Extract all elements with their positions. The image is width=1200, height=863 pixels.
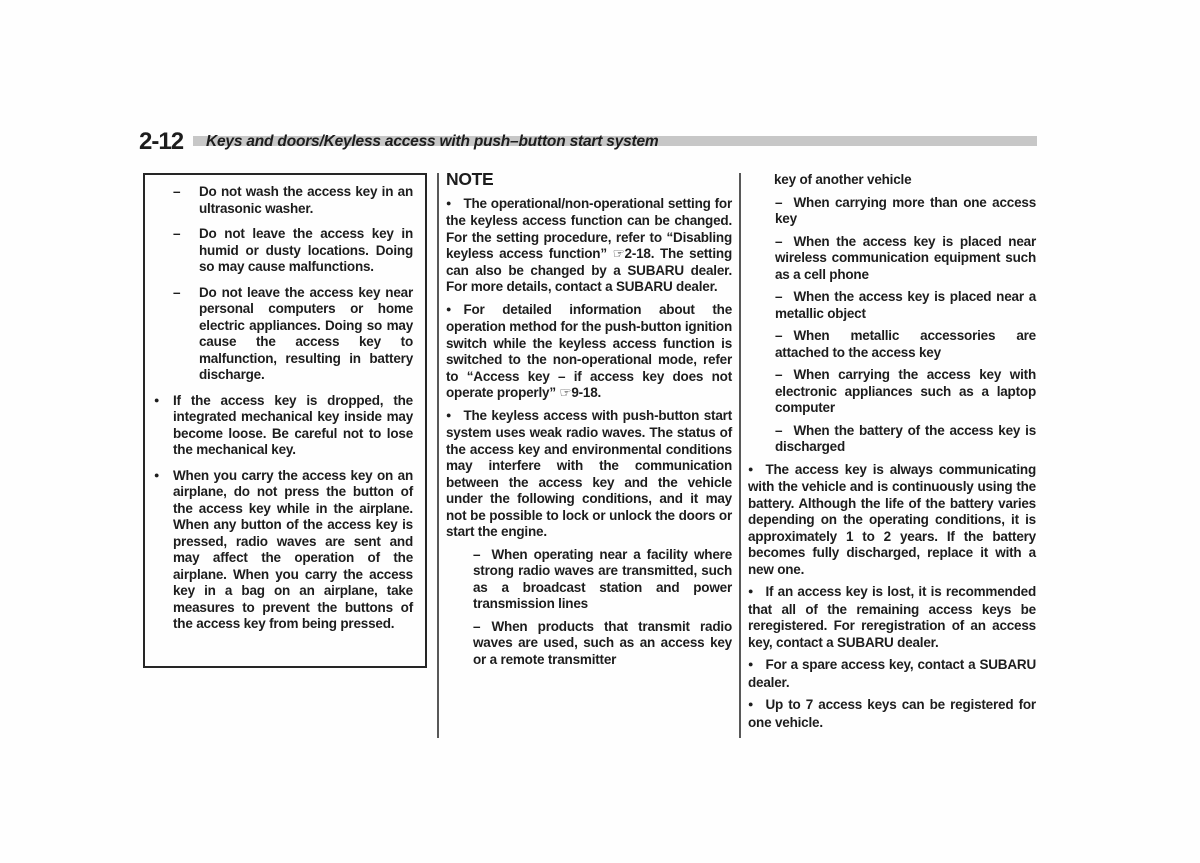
note-bullet-text: The keyless access with push-button star… [446,408,732,540]
note-column: NOTE ●The operational/non-operational se… [446,171,732,674]
condition-item: –When operating near a facility where st… [473,547,732,613]
note-bullet: ●If an access key is lost, it is recomme… [748,584,1036,651]
dash-marker: – [775,328,783,343]
condition-text: When the battery of the access key is di… [775,423,1036,455]
bullet-marker: ● [748,656,753,673]
dash-marker: – [775,423,783,438]
bullet-marker: ● [446,195,451,212]
bullet-marker: ● [748,461,753,478]
column-divider [739,173,741,738]
condition-item: –When metallic accessories are attached … [775,328,1036,361]
dash-marker: – [775,195,783,210]
note-bullet-text: The access key is always communicating w… [748,462,1036,577]
page-number: 2-12 [139,128,183,156]
note-bullet-text: For detailed information about the opera… [446,302,732,401]
caution-bullet-text: If the access key is dropped, the integr… [173,393,413,458]
column-divider [437,173,439,738]
dash-marker: – [775,234,783,249]
condition-item: –When carrying more than one access key [775,195,1036,228]
condition-text: When metallic accessories are attached t… [775,328,1036,360]
note-bullet-text: The operational/non-operational setting … [446,196,732,295]
note-bullet: ●The keyless access with push-button sta… [446,408,732,541]
note-bullet-text: If an access key is lost, it is recommen… [748,584,1036,650]
note-heading: NOTE [446,171,732,188]
right-column: key of another vehicle –When carrying mo… [748,172,1036,737]
note-bullet: ●For a spare access key, contact a SUBAR… [748,657,1036,691]
section-title: Keys and doors/Keyless access with push–… [206,133,659,151]
dash-marker: – [775,367,783,382]
note-bullet: ●For detailed information about the oper… [446,302,732,402]
bullet-marker: ● [748,696,753,713]
caution-box: – Do not wash the access key in an ultra… [143,173,427,668]
caution-dash-text: Do not leave the access key in humid or … [199,226,413,274]
condition-item: –When the battery of the access key is d… [775,423,1036,456]
bullet-marker: ● [154,467,159,484]
dash-marker: – [173,226,180,243]
condition-text: When the access key is placed near a met… [775,289,1036,321]
caution-dash-text: Do not leave the access key near persona… [199,285,413,383]
condition-text: When products that transmit radio waves … [473,619,732,667]
dash-marker: – [473,547,481,562]
condition-continuation: key of another vehicle [774,172,1036,189]
bullet-marker: ● [748,583,753,600]
caution-dash-text: Do not wash the access key in an ultraso… [199,184,413,216]
caution-dash-item: – Do not leave the access key near perso… [145,285,413,384]
dash-marker: – [173,184,180,201]
note-bullet: ●Up to 7 access keys can be registered f… [748,697,1036,731]
dash-marker: – [473,619,481,634]
condition-text: When the access key is placed near wirel… [775,234,1036,282]
note-bullet-text: Up to 7 access keys can be registered fo… [748,697,1036,730]
dash-marker: – [775,289,783,304]
condition-item: –When the access key is placed near wire… [775,234,1036,284]
condition-text: When carrying more than one access key [775,195,1036,227]
caution-bullet-item: ● If the access key is dropped, the inte… [145,393,413,459]
caution-dash-item: – Do not leave the access key in humid o… [145,226,413,276]
caution-dash-item: – Do not wash the access key in an ultra… [145,184,413,217]
note-bullet: ●The access key is always communicating … [748,462,1036,579]
condition-item: –When the access key is placed near a me… [775,289,1036,322]
caution-bullet-item: ● When you carry the access key on an ai… [145,468,413,633]
bullet-marker: ● [154,392,159,409]
note-bullet: ●The operational/non-operational setting… [446,196,732,296]
caution-bullet-text: When you carry the access key on an airp… [173,468,413,632]
dash-marker: – [173,285,180,302]
condition-text: When operating near a facility where str… [473,547,732,612]
note-bullet-text: For a spare access key, contact a SUBARU… [748,657,1036,690]
condition-item: –When carrying the access key with elect… [775,367,1036,417]
manual-page: 2-12 Keys and doors/Keyless access with … [0,0,1200,863]
bullet-marker: ● [446,407,451,424]
condition-item: –When products that transmit radio waves… [473,619,732,669]
bullet-marker: ● [446,301,451,318]
condition-text: When carrying the access key with electr… [775,367,1036,415]
